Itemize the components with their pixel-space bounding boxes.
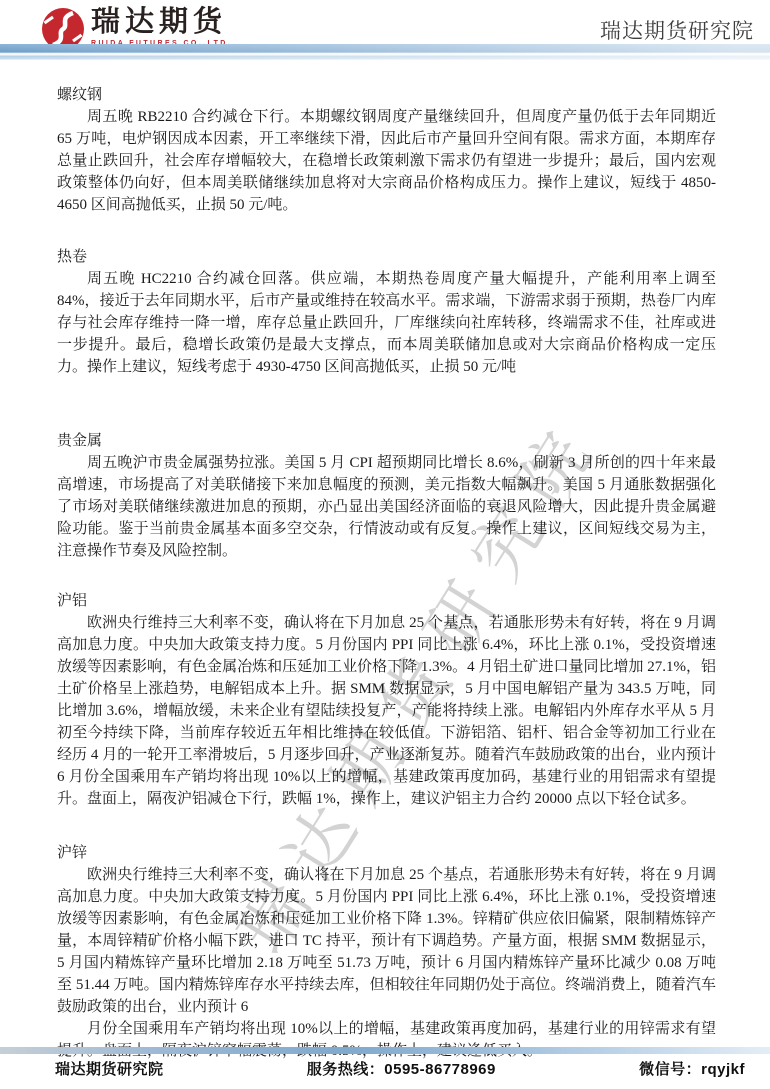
footer-divider-bar [0,1047,770,1054]
section-title: 沪铝 [57,590,716,612]
section-shanghai-aluminum: 沪铝 欧洲央行维持三大利率不变，确认将在下月加息 25 个基点，若通胀形势未有好… [57,590,716,810]
logo-text-block: 瑞达期货 RUIDA FUTURES CO.,LTD. [91,6,232,47]
section-title: 沪锌 [57,842,716,864]
section-rebar: 螺纹钢 周五晚 RB2210 合约减仓下行。本期螺纹钢周度产量继续回升，但周度产… [57,84,716,216]
footer-hotline-label: 服务热线： [307,1061,385,1078]
footer-hotline-number: 0595-86778969 [384,1061,496,1078]
section-paragraph: 周五晚 RB2210 合约减仓下行。本期螺纹钢周度产量继续回升，但周度产量仍低于… [57,106,716,216]
header-institute-title: 瑞达期货研究院 [600,15,754,45]
section-hot-coil: 热卷 周五晚 HC2210 合约减仓回落。供应端，本期热卷周度产量大幅提升，产能… [57,246,716,378]
footer-wechat-label: 微信号： [639,1061,701,1078]
footer-hotline: 服务热线：0595-86778969 [307,1058,496,1079]
section-paragraph: 周五晚 HC2210 合约减仓回落。供应端，本期热卷周度产量大幅提升，产能利用率… [57,268,716,378]
section-paragraph: 欧洲央行维持三大利率不变，确认将在下月加息 25 个基点，若通胀形势未有好转，将… [57,612,716,810]
footer-institute: 瑞达期货研究院 [55,1058,164,1079]
footer: 瑞达期货研究院 服务热线：0595-86778969 微信号：rqyjkf [55,1058,745,1079]
section-paragraph: 欧洲央行维持三大利率不变，确认将在下月加息 25 个基点，若通胀形势未有好转，将… [57,864,716,1018]
section-precious-metals: 贵金属 周五晚沪市贵金属强势拉涨。美国 5 月 CPI 超预期同比增长 8.6%… [57,430,716,562]
section-paragraph: 周五晚沪市贵金属强势拉涨。美国 5 月 CPI 超预期同比增长 8.6%，刷新 … [57,452,716,562]
section-title: 螺纹钢 [57,84,716,106]
footer-wechat-id: rqyjkf [701,1061,745,1078]
section-shanghai-zinc: 沪锌 欧洲央行维持三大利率不变，确认将在下月加息 25 个基点，若通胀形势未有好… [57,842,716,1062]
header-divider-bar [0,44,770,60]
section-title: 贵金属 [57,430,716,452]
section-paragraph: 月份全国乘用车产销均将出现 10%以上的增幅，基建政策再度加码，基建行业的用锌需… [57,1018,716,1062]
report-body: 螺纹钢 周五晚 RB2210 合约减仓下行。本期螺纹钢周度产量继续回升，但周度产… [57,84,716,1062]
report-page: 瑞达期货 RUIDA FUTURES CO.,LTD. 瑞达期货研究院 瑞达期货… [0,0,770,1089]
brand-name-cn: 瑞达期货 [91,6,232,39]
section-title: 热卷 [57,246,716,268]
footer-wechat: 微信号：rqyjkf [639,1058,745,1079]
